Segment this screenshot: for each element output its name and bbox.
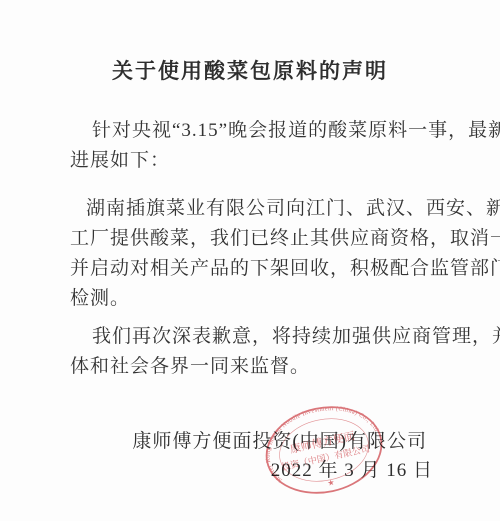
paragraph-intro: 针对央视“3.15”晚会报道的酸菜原料一事，最新调查处理 进展如下： <box>70 116 428 176</box>
text-line: 体和社会各界一同来监督。 <box>70 352 428 382</box>
company-signature: 康师傅方便面投资(中国)有限公司 <box>132 427 427 457</box>
text-line: 进展如下： <box>70 146 428 176</box>
text-line: 检测。 <box>70 284 428 314</box>
text-line: 我们再次深表歉意，将持续加强供应商管理，并且请公众媒 <box>70 322 428 352</box>
text-line: 并启动对相关产品的下架回收，积极配合监管部门的调查与 <box>70 254 428 284</box>
text-line: 湖南插旗菜业有限公司向江门、武汉、西安、新疆的共 4 家 <box>70 194 428 224</box>
paragraph-measures: 湖南插旗菜业有限公司向江门、武汉、西安、新疆的共 4 家 工厂提供酸菜，我们已终… <box>70 194 428 314</box>
document-title: 关于使用酸菜包原料的声明 <box>0 55 500 85</box>
text-line: 针对央视“3.15”晚会报道的酸菜原料一事，最新调查处理 <box>70 116 428 146</box>
statement-document: 关于使用酸菜包原料的声明 针对央视“3.15”晚会报道的酸菜原料一事，最新调查处… <box>0 0 500 521</box>
document-date: 2022 年 3 月 16 日 <box>271 456 433 486</box>
text-line: 工厂提供酸菜，我们已终止其供应商资格，取消一切合作， <box>70 224 428 254</box>
paragraph-apology: 我们再次深表歉意，将持续加强供应商管理，并且请公众媒 体和社会各界一同来监督。 <box>70 322 428 382</box>
